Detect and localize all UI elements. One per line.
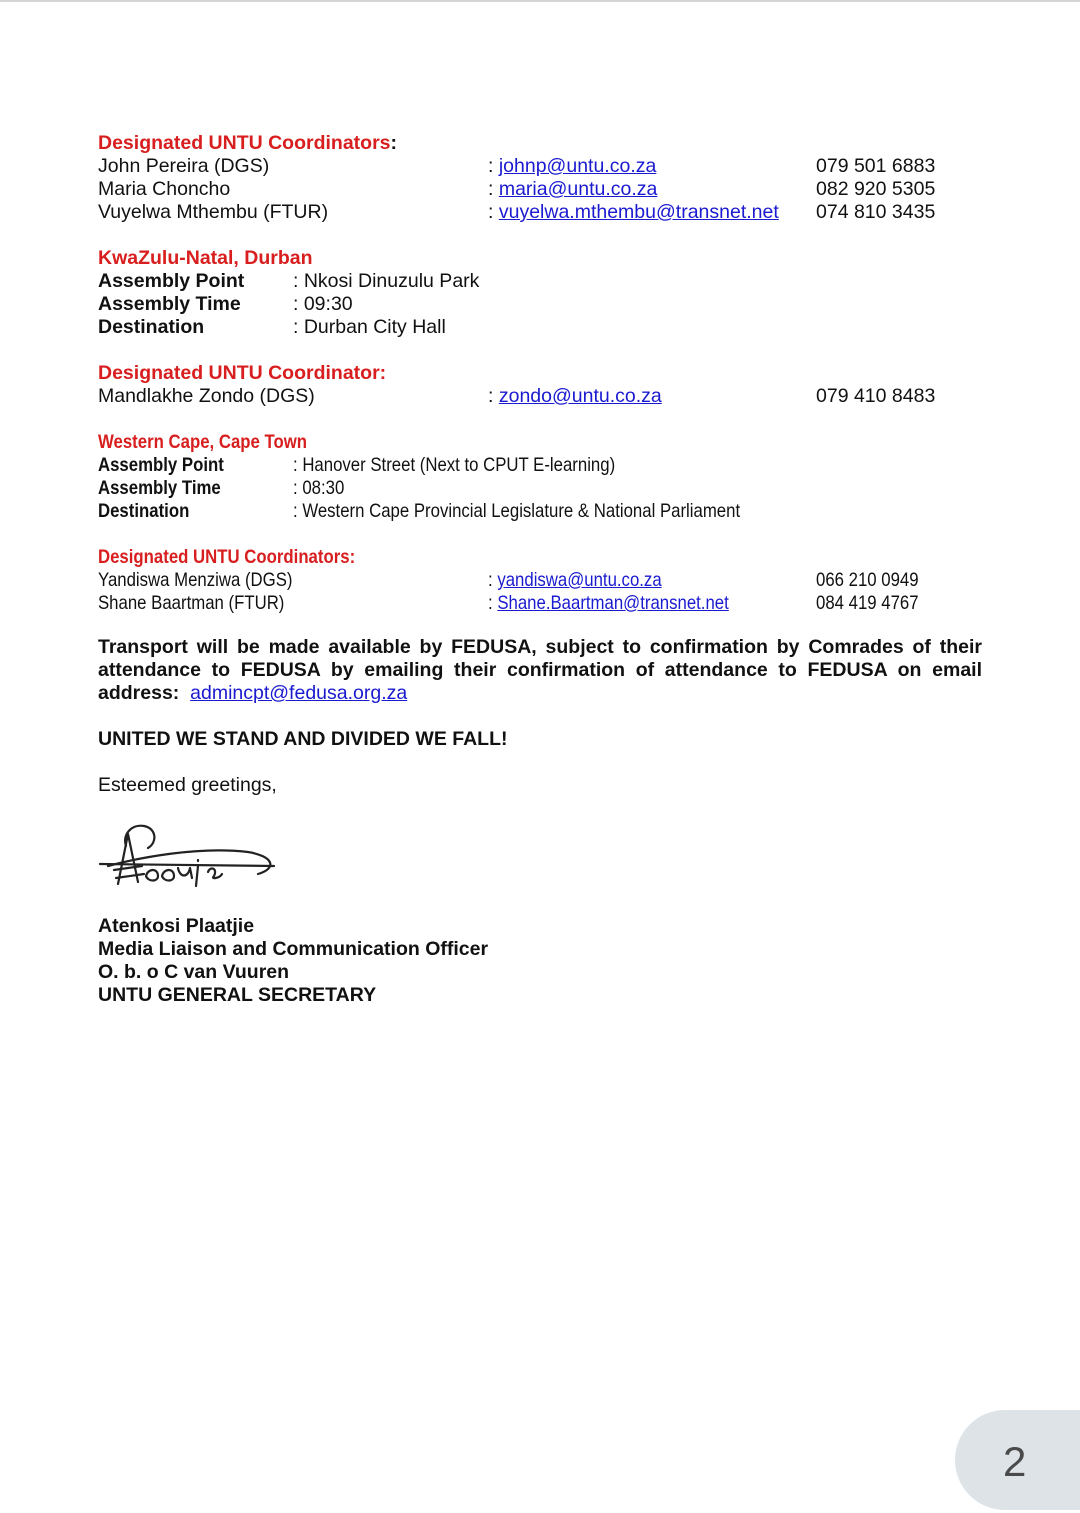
coordinator-name: Vuyelwa Mthembu (FTUR): [98, 201, 328, 224]
coordinator-email: : Shane.Baartman@transnet.net: [488, 592, 768, 615]
coordinator-phone: 074 810 3435: [816, 201, 935, 224]
field-label-row: Destination: [98, 500, 204, 523]
coordinator-name-row: Yandiswa Menziwa (DGS): [98, 569, 324, 592]
field-label: Destination: [98, 500, 189, 523]
slogan: UNITED WE STAND AND DIVIDED WE FALL!: [98, 728, 507, 751]
signatory-role: UNTU GENERAL SECRETARY: [98, 984, 376, 1007]
kzn-coordinator-heading: Designated UNTU Coordinator:: [98, 362, 386, 385]
email-link[interactable]: maria@untu.co.za: [499, 178, 658, 200]
signatory-name: Atenkosi Plaatjie: [98, 915, 254, 938]
field-value: : Nkosi Dinuzulu Park: [293, 270, 479, 293]
signatory-title: Media Liaison and Communication Officer: [98, 938, 488, 961]
field-label: Assembly Point: [98, 270, 244, 293]
coordinator-phone: 084 419 4767: [816, 592, 919, 615]
coordinator-name: Maria Choncho: [98, 178, 230, 201]
email-link[interactable]: johnp@untu.co.za: [499, 155, 657, 177]
email-link[interactable]: zondo@untu.co.za: [499, 385, 662, 407]
coordinator-phone: 066 210 0949: [816, 569, 919, 592]
field-value-row: : 08:30: [293, 477, 353, 500]
coordinator-phone: 082 920 5305: [816, 178, 935, 201]
field-value: : Hanover Street (Next to CPUT E-learnin…: [293, 454, 615, 477]
coordinator-email: : maria@untu.co.za: [488, 178, 657, 201]
page-number: 2: [1003, 1437, 1026, 1487]
coordinator-name: Shane Baartman (FTUR): [98, 592, 284, 615]
field-value-row: : Hanover Street (Next to CPUT E-learnin…: [293, 454, 668, 477]
field-label-row: Assembly Time: [98, 477, 241, 500]
coordinators-heading: Designated UNTU Coordinators:: [98, 132, 397, 155]
wc-heading: Western Cape, Cape Town: [98, 431, 307, 454]
field-label: Assembly Time: [98, 477, 221, 500]
closing-greeting: Esteemed greetings,: [98, 774, 277, 797]
email-link[interactable]: vuyelwa.mthembu@transnet.net: [499, 201, 779, 223]
coordinator-phone-row: 066 210 0949: [816, 569, 935, 592]
kzn-heading: KwaZulu-Natal, Durban: [98, 247, 313, 270]
coordinator-name: John Pereira (DGS): [98, 155, 269, 178]
email-link[interactable]: yandiswa@untu.co.za: [497, 569, 661, 591]
signatory-obo: O. b. o C van Vuuren: [98, 961, 289, 984]
coordinator-name-row: Shane Baartman (FTUR): [98, 592, 315, 615]
coordinator-phone: 079 410 8483: [816, 385, 935, 408]
wc-coordinator-heading: Designated UNTU Coordinators:: [98, 546, 355, 569]
wc-heading-row: Western Cape, Cape Town: [98, 431, 341, 454]
field-label: Assembly Point: [98, 454, 224, 477]
field-value: : 09:30: [293, 293, 353, 316]
coordinator-email: : vuyelwa.mthembu@transnet.net: [488, 201, 779, 224]
field-value-row: : Western Cape Provincial Legislature & …: [293, 500, 813, 523]
field-label-row: Assembly Point: [98, 454, 244, 477]
wc-coordinator-heading-row: Designated UNTU Coordinators:: [98, 546, 397, 569]
coordinator-phone-row: 084 419 4767: [816, 592, 935, 615]
coordinator-email: : zondo@untu.co.za: [488, 385, 662, 408]
field-label: Destination: [98, 316, 204, 339]
coordinator-phone: 079 501 6883: [816, 155, 935, 178]
transport-paragraph: Transport will be made available by FEDU…: [98, 636, 982, 705]
signature-image: [98, 816, 288, 896]
field-value: : 08:30: [293, 477, 344, 500]
field-value: : Durban City Hall: [293, 316, 446, 339]
coordinators-heading-text: Designated UNTU Coordinators: [98, 132, 391, 154]
coordinator-email: : johnp@untu.co.za: [488, 155, 656, 178]
field-label: Assembly Time: [98, 293, 241, 316]
field-value: : Western Cape Provincial Legislature & …: [293, 500, 740, 523]
heading-colon: :: [391, 132, 398, 154]
email-link[interactable]: Shane.Baartman@transnet.net: [497, 592, 728, 614]
coordinator-name: Yandiswa Menziwa (DGS): [98, 569, 292, 592]
transport-email-link[interactable]: admincpt@fedusa.org.za: [190, 682, 407, 704]
top-border: [0, 0, 1080, 2]
coordinator-name: Mandlakhe Zondo (DGS): [98, 385, 315, 408]
coordinator-email: : yandiswa@untu.co.za: [488, 569, 690, 592]
